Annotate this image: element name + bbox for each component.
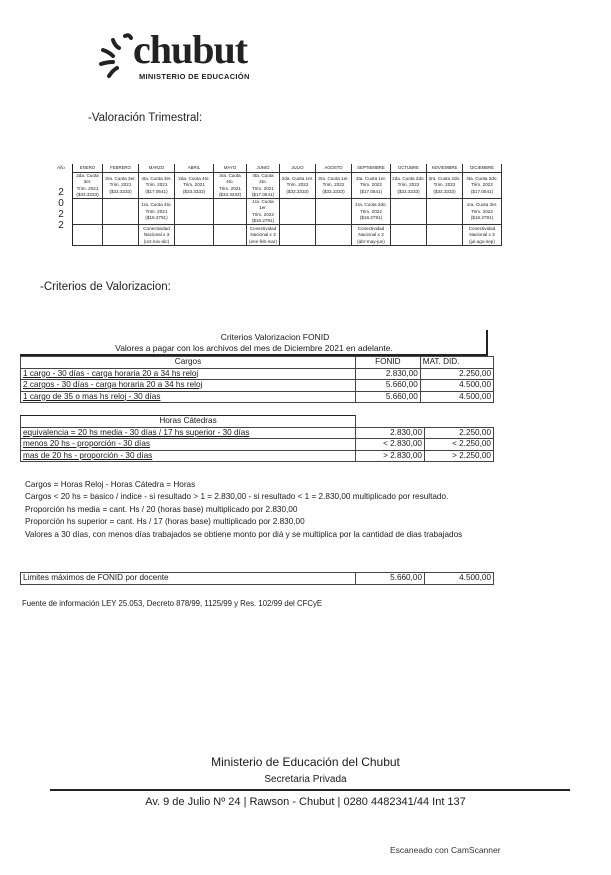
table-row: 20222da. Cuota 3er.Trim. 2021($33.3333)3… xyxy=(50,173,502,199)
table-cell: 5.660,00 xyxy=(356,573,425,585)
table-row: Limites máximos de FONID por docente5.66… xyxy=(21,573,494,585)
table-cell: 4ta. Cuota 3er.Trim. 2021($17.0541) xyxy=(139,173,175,199)
table-cell: 3ra. Cuota 4to.Trim. 2021($33.3333) xyxy=(214,173,247,199)
table-cell xyxy=(175,225,214,246)
table-row: 1 cargo de 35 o mas hs reloj - 30 días5.… xyxy=(21,391,494,403)
table-cell: 1ra. Cuota 4to.Trim. 2021($16.2791) xyxy=(139,199,175,225)
table-cell: 2.830,00 xyxy=(356,368,421,380)
table-cell: menos 20 hs - proporción - 30 días xyxy=(21,439,356,451)
horas-table: Horas Cátedrasequivalencia = 20 hs media… xyxy=(20,415,494,462)
note-line: Cargos = Horas Reloj - Horas Cátedra = H… xyxy=(25,479,505,491)
quarterly-table: AñoENEROFEBREROMARZOABRILMAYOJUNIOJULIOA… xyxy=(50,164,502,246)
table-row: 1 cargo - 30 días - carga horaria 20 a 3… xyxy=(21,368,494,380)
note-line: Proporción hs media = cant. Hs / 20 (hor… xyxy=(25,504,505,516)
table-cell xyxy=(316,199,352,225)
table-cell xyxy=(103,199,139,225)
month-header: MAYO xyxy=(214,164,247,173)
table-cell xyxy=(316,225,352,246)
criteria-table-subtitle: Valores a pagar con los archivos del mes… xyxy=(20,343,488,356)
table-cell: 5.660,00 xyxy=(356,380,421,392)
month-header: SEPTIEMBRE xyxy=(352,164,391,173)
year-cell: 2022 xyxy=(50,173,73,246)
chubut-logo: chubut MINISTERIO DE EDUCACIÓN xyxy=(95,28,275,88)
table-cell: 4.500,00 xyxy=(425,573,494,585)
table-cell: < 2.250,00 xyxy=(425,439,494,451)
table-cell: ConectividadNacional x 3(ene-feb-mar) xyxy=(247,225,280,246)
table-cell: 2.250,00 xyxy=(425,427,494,439)
criteria-table-title: Criterios Valorizacion FONID xyxy=(20,332,500,343)
column-header: Horas Cátedras xyxy=(21,416,356,428)
limits-table: Limites máximos de FONID por docente5.66… xyxy=(20,572,494,585)
table-cell: 2da. Cuota 1er.Trim. 2022($33.3333) xyxy=(280,173,316,199)
section-title-criteria: -Criterios de Valorizacion: xyxy=(40,281,171,293)
footer-rule xyxy=(50,789,570,791)
month-header: FEBRERO xyxy=(103,164,139,173)
logo-subtitle: MINISTERIO DE EDUCACIÓN xyxy=(139,72,250,81)
table-cell: 2.250,00 xyxy=(420,368,493,380)
table-cell xyxy=(427,225,463,246)
table-cell: 1ra. Cuota 3er.Trim. 2022($16.2791) xyxy=(463,199,502,225)
month-header: JULIO xyxy=(280,164,316,173)
table-cell: ConectividadNacional x 3(jul-ago-sep) xyxy=(463,225,502,246)
table-cell xyxy=(427,199,463,225)
table-cell: 1 cargo de 35 o mas hs reloj - 30 días xyxy=(21,391,356,403)
cargos-table: CargosFONIDMAT. DID.1 cargo - 30 días - … xyxy=(20,356,494,403)
table-cell: 2da. Cuota 2do.Trim. 2022($33.3333) xyxy=(391,173,427,199)
criteria-notes: Cargos = Horas Reloj - Horas Cátedra = H… xyxy=(25,479,505,541)
table-cell xyxy=(356,416,425,428)
table-cell: equivalencia = 20 hs media - 30 días / 1… xyxy=(21,427,356,439)
table-cell: ConectividadNacional x 3(abr-may-jun) xyxy=(352,225,391,246)
month-header: ABRIL xyxy=(175,164,214,173)
criteria-table: Criterios Valorizacion FONID Valores a p… xyxy=(20,332,500,462)
month-header: JUNIO xyxy=(247,164,280,173)
divider xyxy=(486,330,488,354)
table-row: 2 cargos - 30 días - carga horaria 20 a … xyxy=(21,380,494,392)
table-cell xyxy=(280,225,316,246)
section-title-quarterly: -Valoración Trimestral: xyxy=(88,112,202,124)
scanner-watermark: Escaneado con CamScanner xyxy=(390,845,501,855)
table-cell: 2da. Cuota 4to.Trim. 2021($33.3333) xyxy=(175,173,214,199)
month-header: AGOSTO xyxy=(316,164,352,173)
table-cell: > 2.830,00 xyxy=(356,450,425,462)
source-note: Fuente de información LEY 25.053, Decret… xyxy=(22,599,322,608)
table-cell: 4.500,00 xyxy=(420,380,493,392)
footer-dept: Secretaria Privada xyxy=(0,774,611,785)
footer-address: Av. 9 de Julio Nº 24 | Rawson - Chubut |… xyxy=(0,796,611,808)
column-header: MAT. DID. xyxy=(420,357,493,369)
table-cell xyxy=(73,199,103,225)
table-cell xyxy=(391,199,427,225)
month-header: ENERO xyxy=(73,164,103,173)
month-header: OCTUBRE xyxy=(391,164,427,173)
note-line: Proporción hs superior = cant. Hs / 17 (… xyxy=(25,516,505,528)
table-cell: 4ta. Cuota 4to.Trim. 2021($17.0541) xyxy=(247,173,280,199)
table-cell: 2da. Cuota 3er.Trim. 2021($33.3333) xyxy=(73,173,103,199)
header-row: Horas Cátedras xyxy=(21,416,494,428)
table-cell xyxy=(214,225,247,246)
table-cell: 4ta. Cuota 2do.Trim. 2022($17.0541) xyxy=(463,173,502,199)
table-row: mas de 20 hs - proporción - 30 días> 2.8… xyxy=(21,450,494,462)
table-cell: 4.500,00 xyxy=(420,391,493,403)
table-cell: 3ra. Cuota 3er.Trim. 2021($33.3333) xyxy=(103,173,139,199)
note-line: Valores a 30 días, con menos días trabaj… xyxy=(25,529,505,541)
table-cell: 2 cargos - 30 días - carga horaria 20 a … xyxy=(21,380,356,392)
table-row: 1ra. Cuota 4to.Trim. 2021($16.2791)1ra. … xyxy=(50,199,502,225)
table-cell xyxy=(214,199,247,225)
table-cell: 4ta. Cuota 1er.Trim. 2022($17.0541) xyxy=(352,173,391,199)
table-cell: 2.830,00 xyxy=(356,427,425,439)
table-cell xyxy=(73,225,103,246)
table-cell: ConectividadNacional x 3(oct-nov-dic) xyxy=(139,225,175,246)
table-cell: 5.660,00 xyxy=(356,391,421,403)
month-header-row: AñoENEROFEBREROMARZOABRILMAYOJUNIOJULIOA… xyxy=(50,164,502,173)
sun-rays-icon xyxy=(95,32,135,82)
table-cell: 1ra. Cuota 2do.Trim. 2022($16.2791) xyxy=(352,199,391,225)
table-cell xyxy=(103,225,139,246)
table-cell xyxy=(280,199,316,225)
logo-wordmark: chubut xyxy=(133,26,247,73)
table-cell: 1ra. Cuota 1er.Trim. 2022($16.2791) xyxy=(247,199,280,225)
table-row: ConectividadNacional x 3(oct-nov-dic)Con… xyxy=(50,225,502,246)
header-row: CargosFONIDMAT. DID. xyxy=(21,357,494,369)
month-header: DICIEMBRE xyxy=(463,164,502,173)
column-header: Cargos xyxy=(21,357,356,369)
note-line: Cargos < 20 hs = basico / indice - si re… xyxy=(25,491,505,503)
table-cell xyxy=(425,416,494,428)
table-cell xyxy=(391,225,427,246)
table-cell xyxy=(175,199,214,225)
table-cell: 1 cargo - 30 días - carga horaria 20 a 3… xyxy=(21,368,356,380)
year-header: Año xyxy=(50,164,73,173)
table-cell: < 2.830,00 xyxy=(356,439,425,451)
month-header: NOVIEMBRE xyxy=(427,164,463,173)
month-header: MARZO xyxy=(139,164,175,173)
footer-org: Ministerio de Educación del Chubut xyxy=(0,755,611,769)
column-header: FONID xyxy=(356,357,421,369)
table-row: equivalencia = 20 hs media - 30 días / 1… xyxy=(21,427,494,439)
table-cell: mas de 20 hs - proporción - 30 días xyxy=(21,450,356,462)
table-cell: 3ra. Cuota 2do.Trim. 2022($33.3333) xyxy=(427,173,463,199)
table-row: menos 20 hs - proporción - 30 días< 2.83… xyxy=(21,439,494,451)
table-cell: Limites máximos de FONID por docente xyxy=(21,573,356,585)
table-cell: > 2.250,00 xyxy=(425,450,494,462)
table-cell: 3ra. Cuota 1er.Trim. 2022($33.3333) xyxy=(316,173,352,199)
